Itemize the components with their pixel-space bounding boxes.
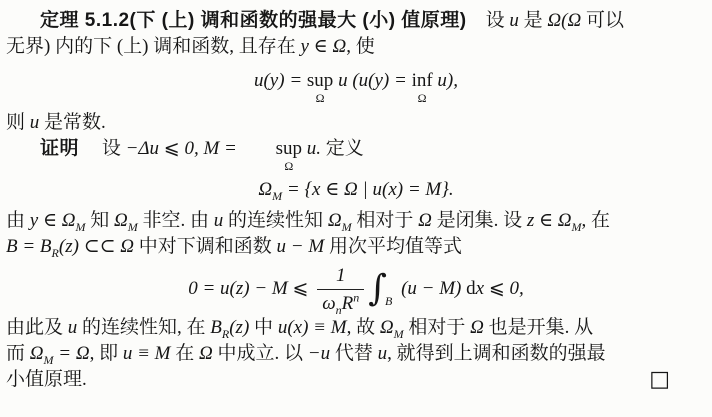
cjk-text: 而 bbox=[6, 343, 30, 364]
inline-math: Ω bbox=[380, 317, 394, 338]
inf-limit-domain: Ω bbox=[418, 92, 427, 104]
cjk-text: 设 bbox=[102, 138, 126, 159]
theorem-line-2: 无界) 内的下 (上) 调和函数, 且存在 y ∈ Ω, 使 bbox=[6, 34, 706, 60]
cjk-text: 中对下调和函数 bbox=[134, 236, 277, 257]
inline-math: u bbox=[68, 317, 78, 338]
subscript-M: M bbox=[272, 189, 282, 203]
cjk-text: 的连续性知 bbox=[223, 210, 328, 231]
inline-math: Ω bbox=[470, 317, 484, 338]
subscript-M: M bbox=[76, 220, 86, 234]
cjk-text: 相对于 bbox=[352, 210, 419, 231]
inline-math: u bbox=[214, 210, 224, 231]
cjk-text: , 即 bbox=[90, 343, 123, 364]
theorem-title: (下 (上) 调和函数的强最大 (小) 值原理) bbox=[130, 10, 467, 31]
proof-line-2: 由 y ∈ ΩM 知 ΩM 非空. 由 u 的连续性知 ΩM 相对于 Ω 是闭集… bbox=[6, 208, 706, 234]
cjk-text: 可以 bbox=[581, 10, 624, 31]
display-equation-3: 0 = u(z) − M ⩽ 1ωnRn∫B (u − M) dx ⩽ 0, bbox=[6, 266, 706, 313]
cjk-text: 是闭集. 设 bbox=[432, 210, 527, 231]
cjk-text: 的连续性知, 在 bbox=[77, 317, 210, 338]
cjk-text: , 就得到上调和函数的强最 bbox=[387, 343, 606, 364]
qed-box: □ bbox=[649, 367, 670, 393]
cjk-text: 小值原理. bbox=[6, 369, 87, 390]
inline-math: u(x) ≡ M bbox=[278, 317, 347, 338]
superscript-n: n bbox=[353, 291, 359, 305]
theorem-keyword: 定理 5.1.2 bbox=[40, 10, 130, 31]
inline-math: u ≡ M bbox=[123, 343, 171, 364]
inline-math: = Ω bbox=[54, 343, 90, 364]
math-segment: x ⩽ 0, bbox=[476, 278, 524, 299]
display-equation-1: u(y) = supΩ u (u(y) = infΩ u), bbox=[6, 70, 706, 104]
fraction-numerator: 1 bbox=[333, 266, 349, 289]
inline-math: u bbox=[30, 112, 40, 133]
subscript-M: M bbox=[572, 220, 582, 234]
inline-math: Ω bbox=[114, 210, 128, 231]
subscript-R: R bbox=[52, 246, 59, 260]
cjk-text: 也是开集. 从 bbox=[484, 317, 593, 338]
cjk-text: 无界) 内的下 (上) 调和函数, 且存在 bbox=[6, 36, 300, 57]
inline-math: (z) bbox=[229, 317, 249, 338]
cjk-text: 由此及 bbox=[6, 317, 68, 338]
inline-math: −u bbox=[308, 343, 330, 364]
cjk-text: 由 bbox=[6, 210, 30, 231]
cjk-text: 设 bbox=[486, 10, 510, 31]
subscript-M: M bbox=[128, 220, 138, 234]
cjk-text: 用次平均值等式 bbox=[324, 236, 462, 257]
differential-d: d bbox=[466, 278, 476, 299]
math-segment: u), bbox=[433, 70, 458, 91]
proof-line-5: 而 ΩM = Ω, 即 u ≡ M 在 Ω 中成立. 以 −u 代替 u, 就得… bbox=[6, 341, 706, 367]
inline-math: u − M bbox=[277, 236, 325, 257]
inline-math: Ω bbox=[418, 210, 432, 231]
math-segment: u bbox=[333, 70, 352, 91]
inline-math: (z) ⊂⊂ Ω bbox=[59, 236, 134, 257]
subscript-M: M bbox=[44, 353, 54, 367]
inf-operator-label: inf bbox=[412, 71, 433, 90]
sup-limit-operator: supΩ bbox=[242, 139, 302, 172]
fraction-denominator: ωnRn bbox=[317, 289, 364, 313]
inline-math: B bbox=[210, 317, 222, 338]
theorem-line-1: 定理 5.1.2(下 (上) 调和函数的强最大 (小) 值原理)设 u 是 Ω(… bbox=[6, 8, 706, 34]
display-equation-2: ΩM = {x ∈ Ω | u(x) = M}. bbox=[6, 179, 706, 201]
proof-line-1: 证明设 −Δu ⩽ 0, M = supΩ u. 定义 bbox=[6, 136, 706, 172]
math-segment: u(y) = bbox=[254, 70, 307, 91]
cjk-text: , 使 bbox=[346, 36, 375, 57]
cjk-text: 定义 bbox=[321, 138, 364, 159]
inline-math: z ∈ Ω bbox=[527, 210, 572, 231]
subscript-M: M bbox=[394, 327, 404, 341]
integral-lower-limit: B bbox=[385, 294, 392, 308]
cjk-text: 代替 bbox=[330, 343, 378, 364]
cjk-text: , 故 bbox=[347, 317, 380, 338]
proof-line-4: 由此及 u 的连续性知, 在 BR(z) 中 u(x) ≡ M, 故 ΩM 相对… bbox=[6, 315, 706, 341]
cjk-text: 非空. 由 bbox=[138, 210, 214, 231]
cjk-text: 在 bbox=[171, 343, 200, 364]
sup-operator-label: sup bbox=[307, 71, 333, 90]
math-segment: (u − M) bbox=[396, 278, 466, 299]
inline-math: B = B bbox=[6, 236, 52, 257]
conclusion-line: 则 u 是常数. bbox=[6, 110, 706, 136]
radius-symbol: R bbox=[342, 293, 354, 314]
math-segment: (u(y) = bbox=[352, 70, 411, 91]
inline-math: u bbox=[378, 343, 388, 364]
math-segment: Ω bbox=[258, 179, 272, 200]
cjk-text: 相对于 bbox=[404, 317, 471, 338]
fraction: 1ωnRn bbox=[317, 266, 364, 313]
sup-limit-domain: Ω bbox=[250, 160, 293, 172]
inline-math: y ∈ Ω bbox=[30, 210, 76, 231]
cjk-text: 是常数. bbox=[39, 112, 106, 133]
sup-limit-domain: Ω bbox=[316, 92, 325, 104]
sup-limit-operator: supΩ bbox=[307, 71, 333, 104]
math-segment: = {x ∈ Ω | u(x) = M}. bbox=[282, 179, 453, 200]
inline-math: Ω bbox=[199, 343, 213, 364]
inline-math: Ω(Ω bbox=[547, 10, 581, 31]
inline-math: −Δu ⩽ 0, M = bbox=[126, 138, 242, 159]
inline-math: Ω bbox=[30, 343, 44, 364]
cjk-text: 则 bbox=[6, 112, 30, 133]
proof-line-6: 小值原理.□ bbox=[6, 367, 706, 393]
cjk-text: 中成立. 以 bbox=[213, 343, 308, 364]
cjk-text: 是 bbox=[519, 10, 548, 31]
inline-math: u bbox=[509, 10, 519, 31]
inline-math: Ω bbox=[328, 210, 342, 231]
inline-math: y ∈ Ω bbox=[300, 36, 346, 57]
inline-math: u. bbox=[302, 138, 321, 159]
omega-symbol: ω bbox=[322, 293, 335, 314]
cjk-text: , 在 bbox=[582, 210, 611, 231]
cjk-text: 中 bbox=[249, 317, 278, 338]
textbook-page: 定理 5.1.2(下 (上) 调和函数的强最大 (小) 值原理)设 u 是 Ω(… bbox=[0, 0, 712, 417]
sup-operator-label: sup bbox=[242, 139, 302, 158]
inf-limit-operator: infΩ bbox=[412, 71, 433, 104]
proof-line-3: B = BR(z) ⊂⊂ Ω 中对下调和函数 u − M 用次平均值等式 bbox=[6, 234, 706, 260]
subscript-M: M bbox=[342, 220, 352, 234]
cjk-text: 知 bbox=[86, 210, 115, 231]
proof-keyword: 证明 bbox=[40, 138, 79, 159]
math-segment: 0 = u(z) − M ⩽ bbox=[188, 278, 313, 299]
